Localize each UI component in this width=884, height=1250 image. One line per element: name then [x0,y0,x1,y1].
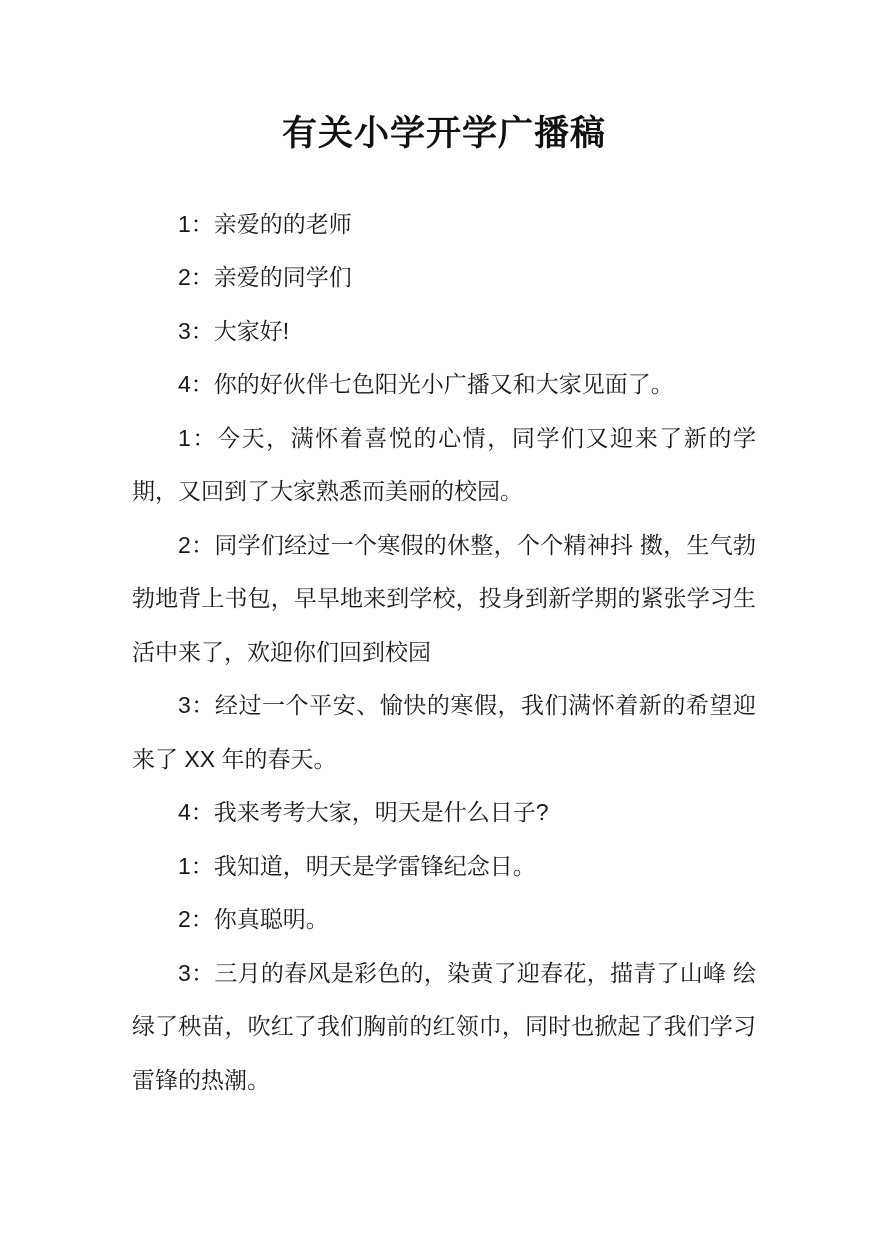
paragraph: 1：我知道，明天是学雷锋纪念日。 [132,840,756,894]
paragraph: 3：经过一个平安、愉快的寒假，我们满怀着新的希望迎来了 XX 年的春天。 [132,679,756,786]
paragraph: 4：你的好伙伴七色阳光小广播又和大家见面了。 [132,358,756,412]
paragraph: 3：三月的春风是彩色的，染黄了迎春花，描青了山峰 绘绿了秧苗，吹红了我们胸前的红… [132,947,756,1108]
document-page: 有关小学开学广播稿 1：亲爱的的老师 2：亲爱的同学们 3：大家好! 4：你的好… [0,0,884,1250]
paragraph: 3：大家好! [132,305,756,359]
paragraph: 4：我来考考大家，明天是什么日子? [132,786,756,840]
document-title: 有关小学开学广播稿 [132,112,756,156]
paragraph: 1：今天，满怀着喜悦的心情，同学们又迎来了新的学期，又回到了大家熟悉而美丽的校园… [132,412,756,519]
paragraph: 2：你真聪明。 [132,893,756,947]
paragraph: 1：亲爱的的老师 [132,198,756,252]
paragraph: 2：同学们经过一个寒假的休整，个个精神抖 擞，生气勃勃地背上书包，早早地来到学校… [132,519,756,680]
paragraph: 2：亲爱的同学们 [132,251,756,305]
document-body: 1：亲爱的的老师 2：亲爱的同学们 3：大家好! 4：你的好伙伴七色阳光小广播又… [132,198,756,1108]
